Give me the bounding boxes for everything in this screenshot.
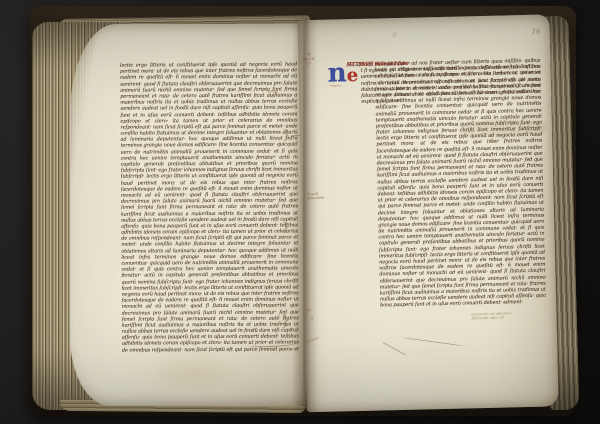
parchment-stain bbox=[140, 350, 250, 394]
margin-note-name: Johãnes bbox=[305, 336, 320, 345]
gutter-margin-note: ñ uult ſolucõem bbox=[307, 192, 333, 201]
paragraph-2-text: t ſi egomet qui arbitror omniũ miſeriarũ… bbox=[361, 64, 542, 105]
margin-brace: } bbox=[282, 129, 290, 142]
margin-note-red: p. bbox=[307, 308, 311, 312]
right-page: 16 ij A ca. 18. 1° Note abbatis monacho … bbox=[297, 14, 558, 412]
margin-brace: } bbox=[282, 221, 290, 233]
right-margin-note: gregorius ad abbatem pſiciendũ opus eſt bbox=[471, 311, 545, 322]
left-margin-note: çf nõ bbox=[268, 89, 278, 95]
folio-number: 16 bbox=[532, 28, 541, 36]
red-margin-tick: t· bbox=[490, 138, 494, 144]
left-page-body-text: lectis ergo litteris ut conſtituerat ipſ… bbox=[120, 61, 299, 353]
quire-mark: ij bbox=[393, 31, 397, 38]
margin-note-q: q̃ bbox=[310, 317, 313, 321]
manuscript-photo: lectis ergo litteris ut conſtituerat ipſ… bbox=[0, 0, 600, 424]
illuminated-initial-e: E bbox=[347, 68, 359, 83]
margin-brace: } bbox=[281, 314, 290, 328]
citation-line: 1° bbox=[302, 61, 316, 66]
gutter-note-line: ſolucõem bbox=[308, 196, 334, 201]
margin-citation: A ca. 18. 1° bbox=[302, 52, 316, 67]
illuminated-initial-n: N bbox=[327, 62, 344, 84]
